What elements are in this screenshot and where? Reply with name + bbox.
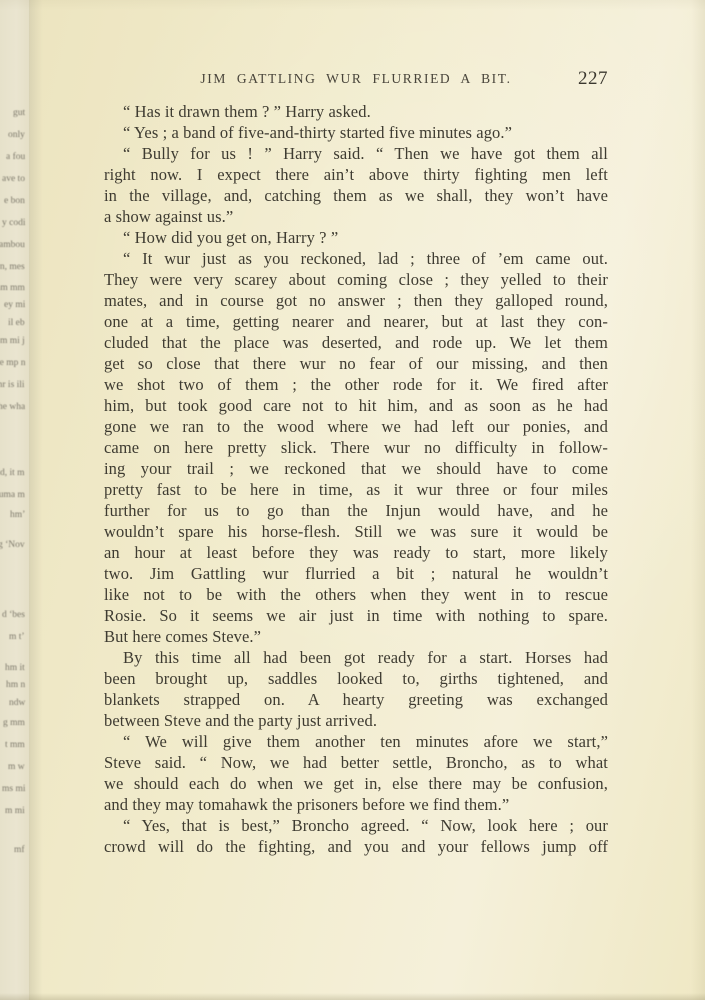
paragraph: “ Yes ; a band of five-and-thirty starte… xyxy=(104,122,608,143)
page-bleed-fragment: hm’ xyxy=(10,510,25,520)
page-bleed-fragment: ave to xyxy=(2,174,25,184)
text-line: we shot two of them ; the other rode for… xyxy=(104,374,608,395)
page-bleed-fragment: ndw xyxy=(9,698,25,708)
page-bleed-fragment: d ‘bes xyxy=(2,610,25,620)
left-page-edge: gutonlya fouave toe bony codiambouwn, me… xyxy=(0,0,30,1000)
page-bleed-fragment: y codi xyxy=(1,218,25,228)
text-line: in the village, and, catching them as we… xyxy=(104,185,608,206)
text-line: one at a time, getting nearer and nearer… xyxy=(104,311,608,332)
text-line: mates, and in course got no answer ; the… xyxy=(104,290,608,311)
page-bleed-fragment: m t’ xyxy=(9,632,25,642)
page-bleed-fragment: t mm xyxy=(5,740,25,750)
paragraph: By this time all had been got ready for … xyxy=(104,647,608,731)
text-line: “ Yes ; a band of five-and-thirty starte… xyxy=(104,122,608,143)
paragraph: “ We will give them another ten minutes … xyxy=(104,731,608,815)
book-page-scan: gutonlya fouave toe bony codiambouwn, me… xyxy=(0,0,705,1000)
page-bleed-fragment: g mm xyxy=(3,718,25,728)
page-bleed-fragment: ey mi xyxy=(4,300,25,310)
text-line: two. Jim Gattling wur flurried a bit ; n… xyxy=(104,563,608,584)
text-line: Rosie. So it seems we air just in time w… xyxy=(104,605,608,626)
text-line: and they may tomahawk the prisoners befo… xyxy=(104,794,608,815)
text-line: we should each do when we get in, else t… xyxy=(104,773,608,794)
text-line: cluded that the place was deserted, and … xyxy=(104,332,608,353)
text-line: “ How did you get on, Harry ? ” xyxy=(104,227,608,248)
page-bleed-fragment: m mi xyxy=(5,806,25,816)
page-bleed-fragment: ms mi xyxy=(1,784,25,794)
text-line: Steve said. “ Now, we had better settle,… xyxy=(104,752,608,773)
paragraph: “ Yes, that is best,” Broncho agreed. “ … xyxy=(104,815,608,857)
page-bleed-fragment: and, it m xyxy=(0,468,25,478)
text-line: “ We will give them another ten minutes … xyxy=(104,731,608,752)
page-bleed-fragment: gut xyxy=(13,108,25,118)
page-bleed-fragment: hm n xyxy=(6,680,25,690)
page-bleed-fragment: mf xyxy=(14,845,25,855)
page-bleed-fragment: e bon xyxy=(4,196,25,206)
page-bleed-fragment: a fou xyxy=(6,152,25,162)
text-line: ing your trail ; we reckoned that we sho… xyxy=(104,458,608,479)
page-bleed-fragment: mm mm xyxy=(0,283,25,293)
text-line: gone we ran to the wood where we had lef… xyxy=(104,416,608,437)
text-line: crowd will do the fighting, and you and … xyxy=(104,836,608,857)
page-bleed-fragment: mr is ili xyxy=(0,380,25,390)
text-line: wouldn’t spare his horse-flesh. Still we… xyxy=(104,521,608,542)
paragraph: “ Bully for us ! ” Harry said. “ Then we… xyxy=(104,143,608,227)
page-bleed-fragment: only xyxy=(8,130,25,140)
text-line: pretty fast to be here in time, as it wu… xyxy=(104,479,608,500)
text-line: came on here pretty slick. There wur no … xyxy=(104,437,608,458)
text-line: like not to be with the others when they… xyxy=(104,584,608,605)
text-line: “ Bully for us ! ” Harry said. “ Then we… xyxy=(104,143,608,164)
page-bleed-fragment: puma m xyxy=(0,490,25,500)
page-bleed-fragment: he wha xyxy=(0,402,25,412)
text-line: an hour at least before they was ready t… xyxy=(104,542,608,563)
text-line: “ Has it drawn them ? ” Harry asked. xyxy=(104,101,608,122)
text-line: further for us to go than the Injun woul… xyxy=(104,500,608,521)
text-line: been brought up, saddles looked to, girt… xyxy=(104,668,608,689)
page-bleed-fragment: m mi j xyxy=(0,336,25,346)
text-line: right now. I expect there ain’t above th… xyxy=(104,164,608,185)
running-title: JIM GATTLING WUR FLURRIED A BIT. xyxy=(104,71,608,87)
text-line: him, but took good care not to hit him, … xyxy=(104,395,608,416)
text-line: a show against us.” xyxy=(104,206,608,227)
text-line: They were very scarey about coming close… xyxy=(104,269,608,290)
page-bleed-fragment: il eb xyxy=(8,318,25,328)
paragraph: “ It wur just as you reckoned, lad ; thr… xyxy=(104,248,608,647)
text-line: “ It wur just as you reckoned, lad ; thr… xyxy=(104,248,608,269)
page-bleed-fragment: m w xyxy=(8,762,25,772)
text-line: between Steve and the party just arrived… xyxy=(104,710,608,731)
page-bleed-fragment: te mp n xyxy=(0,358,25,368)
paragraph: “ Has it drawn them ? ” Harry asked. xyxy=(104,101,608,122)
page-bleed-fragment: wn, mes xyxy=(0,262,25,272)
text-line: “ Yes, that is best,” Broncho agreed. “ … xyxy=(104,815,608,836)
text-line: By this time all had been got ready for … xyxy=(104,647,608,668)
text-line: But here comes Steve.” xyxy=(104,626,608,647)
page-bleed-fragment: ambou xyxy=(0,240,25,250)
page-bleed-fragment: g ‘Nov xyxy=(0,540,25,550)
page-bleed-fragment: hm it xyxy=(5,663,25,673)
running-head: JIM GATTLING WUR FLURRIED A BIT. 227 xyxy=(104,71,608,93)
page-number: 227 xyxy=(578,68,608,90)
page-fold-shadow xyxy=(29,0,45,1000)
text-line: get so close that there wur no fear of o… xyxy=(104,353,608,374)
text-line: blankets strapped on. A hearty greeting … xyxy=(104,689,608,710)
paragraph: “ How did you get on, Harry ? ” xyxy=(104,227,608,248)
page-body: “ Has it drawn them ? ” Harry asked.“ Ye… xyxy=(104,101,608,857)
